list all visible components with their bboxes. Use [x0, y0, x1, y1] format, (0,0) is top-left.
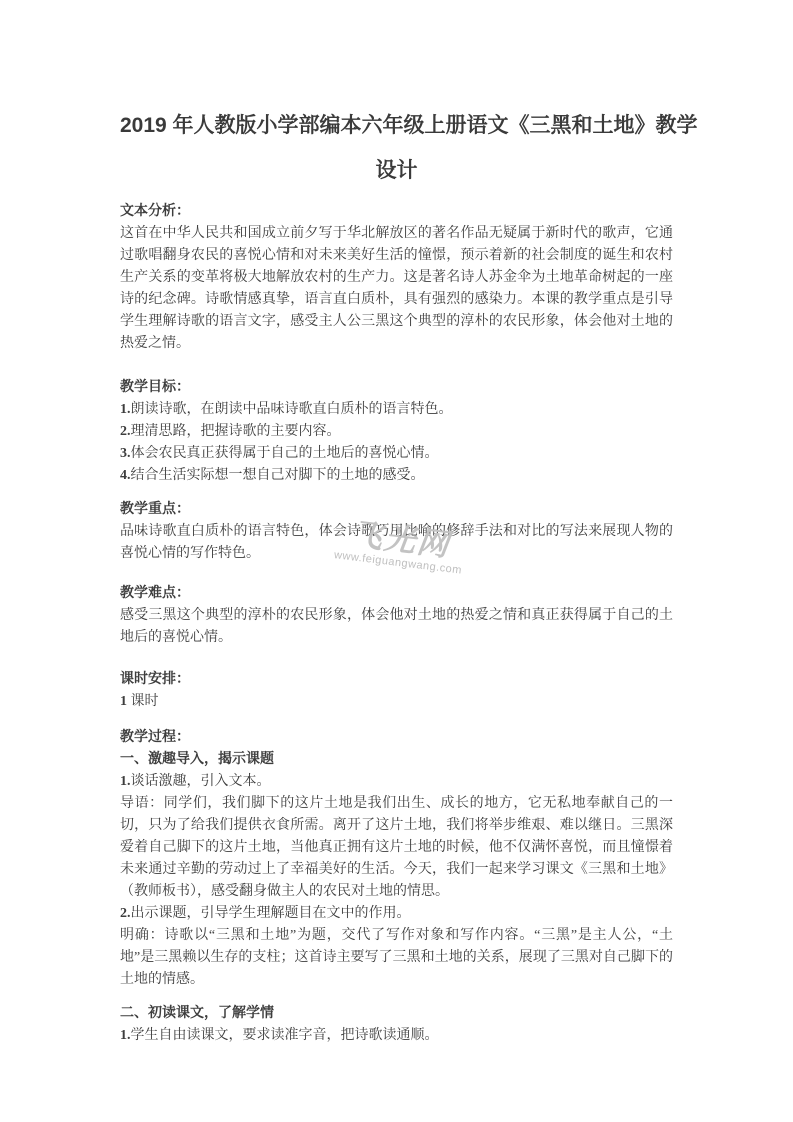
- list-item-number: 1.: [120, 402, 131, 417]
- text-analysis-heading: 文本分析：: [120, 201, 673, 223]
- schedule-text: 课时: [127, 694, 159, 709]
- process-lead-paragraph: 导语：同学们，我们脚下的这片土地是我们出生、成长的地方，它无私地奉献自己的一切，…: [120, 793, 673, 903]
- section-objectives: 教学目标： 1.朗读诗歌，在朗读中品味诗歌直白质朴的语言特色。 2.理清思路，把…: [120, 377, 673, 487]
- list-item-text: 体会农民真正获得属于自己的土地后的喜悦心情。: [131, 446, 439, 461]
- section-text-analysis: 文本分析： 这首在中华人民共和国成立前夕写于华北解放区的著名作品无疑属于新时代的…: [120, 201, 673, 355]
- list-item-number: 2.: [120, 906, 131, 921]
- section-process: 教学过程： 一、激趣导入，揭示课题 1.谈话激趣，引入文本。 导语：同学们，我们…: [120, 727, 673, 991]
- difficulties-body: 感受三黑这个典型的淳朴的农民形象，体会他对土地的热爱之情和真正获得属于自己的土地…: [120, 605, 673, 649]
- list-item-number: 3.: [120, 446, 131, 461]
- process-clarify-paragraph: 明确：诗歌以“三黑和土地”为题，交代了写作对象和写作内容。“三黑”是主人公，“土…: [120, 925, 673, 991]
- schedule-heading: 课时安排：: [120, 669, 673, 691]
- list-item: 1.学生自由读课文，要求读准字音，把诗歌读通顺。: [120, 1025, 673, 1047]
- list-item: 1.谈话激趣，引入文本。: [120, 771, 673, 793]
- list-item: 2.出示课题，引导学生理解题目在文中的作用。: [120, 903, 673, 925]
- list-item: 3.体会农民真正获得属于自己的土地后的喜悦心情。: [120, 443, 673, 465]
- document-page: { "document": { "title_lines": { "line1"…: [0, 0, 793, 1122]
- process-part1-heading: 一、激趣导入，揭示课题: [120, 749, 673, 771]
- key-points-heading: 教学重点：: [120, 499, 673, 521]
- list-item-number: 2.: [120, 424, 131, 439]
- schedule-value: 1 课时: [120, 691, 673, 713]
- objectives-heading: 教学目标：: [120, 377, 673, 399]
- list-item: 4.结合生活实际想一想自己对脚下的土地的感受。: [120, 465, 673, 487]
- page-content: 2019 年人教版小学部编本六年级上册语文《三黑和土地》教学 设计 文本分析： …: [120, 103, 673, 1047]
- section-key-points: 教学重点： 品味诗歌直白质朴的语言特色，体会诗歌巧用比喻的修辞手法和对比的写法来…: [120, 499, 673, 565]
- key-points-body: 品味诗歌直白质朴的语言特色，体会诗歌巧用比喻的修辞手法和对比的写法来展现人物的喜…: [120, 521, 673, 565]
- schedule-number: 1: [120, 694, 127, 709]
- list-item: 1.朗读诗歌，在朗读中品味诗歌直白质朴的语言特色。: [120, 399, 673, 421]
- list-item-text: 结合生活实际想一想自己对脚下的土地的感受。: [131, 468, 425, 483]
- document-title-line2: 设计: [120, 148, 673, 193]
- document-title: 2019 年人教版小学部编本六年级上册语文《三黑和土地》教学 设计: [120, 103, 673, 193]
- list-item-text: 谈话激趣，引入文本。: [131, 774, 271, 789]
- list-item-number: 1.: [120, 774, 131, 789]
- list-item-text: 学生自由读课文，要求读准字音，把诗歌读通顺。: [131, 1028, 439, 1043]
- list-item-text: 朗读诗歌，在朗读中品味诗歌直白质朴的语言特色。: [131, 402, 453, 417]
- difficulties-heading: 教学难点：: [120, 583, 673, 605]
- section-schedule: 课时安排： 1 课时: [120, 669, 673, 713]
- section-difficulties: 教学难点： 感受三黑这个典型的淳朴的农民形象，体会他对土地的热爱之情和真正获得属…: [120, 583, 673, 649]
- list-item: 2.理清思路，把握诗歌的主要内容。: [120, 421, 673, 443]
- text-analysis-body: 这首在中华人民共和国成立前夕写于华北解放区的著名作品无疑属于新时代的歌声，它通过…: [120, 223, 673, 355]
- list-item-number: 4.: [120, 468, 131, 483]
- list-item-text: 理清思路，把握诗歌的主要内容。: [131, 424, 341, 439]
- process-part2-heading: 二、初读课文，了解学情: [120, 1003, 673, 1025]
- section-process-part2: 二、初读课文，了解学情 1.学生自由读课文，要求读准字音，把诗歌读通顺。: [120, 1003, 673, 1047]
- list-item-text: 出示课题，引导学生理解题目在文中的作用。: [131, 906, 411, 921]
- process-heading: 教学过程：: [120, 727, 673, 749]
- document-title-line1: 2019 年人教版小学部编本六年级上册语文《三黑和土地》教学: [120, 103, 673, 148]
- list-item-number: 1.: [120, 1028, 131, 1043]
